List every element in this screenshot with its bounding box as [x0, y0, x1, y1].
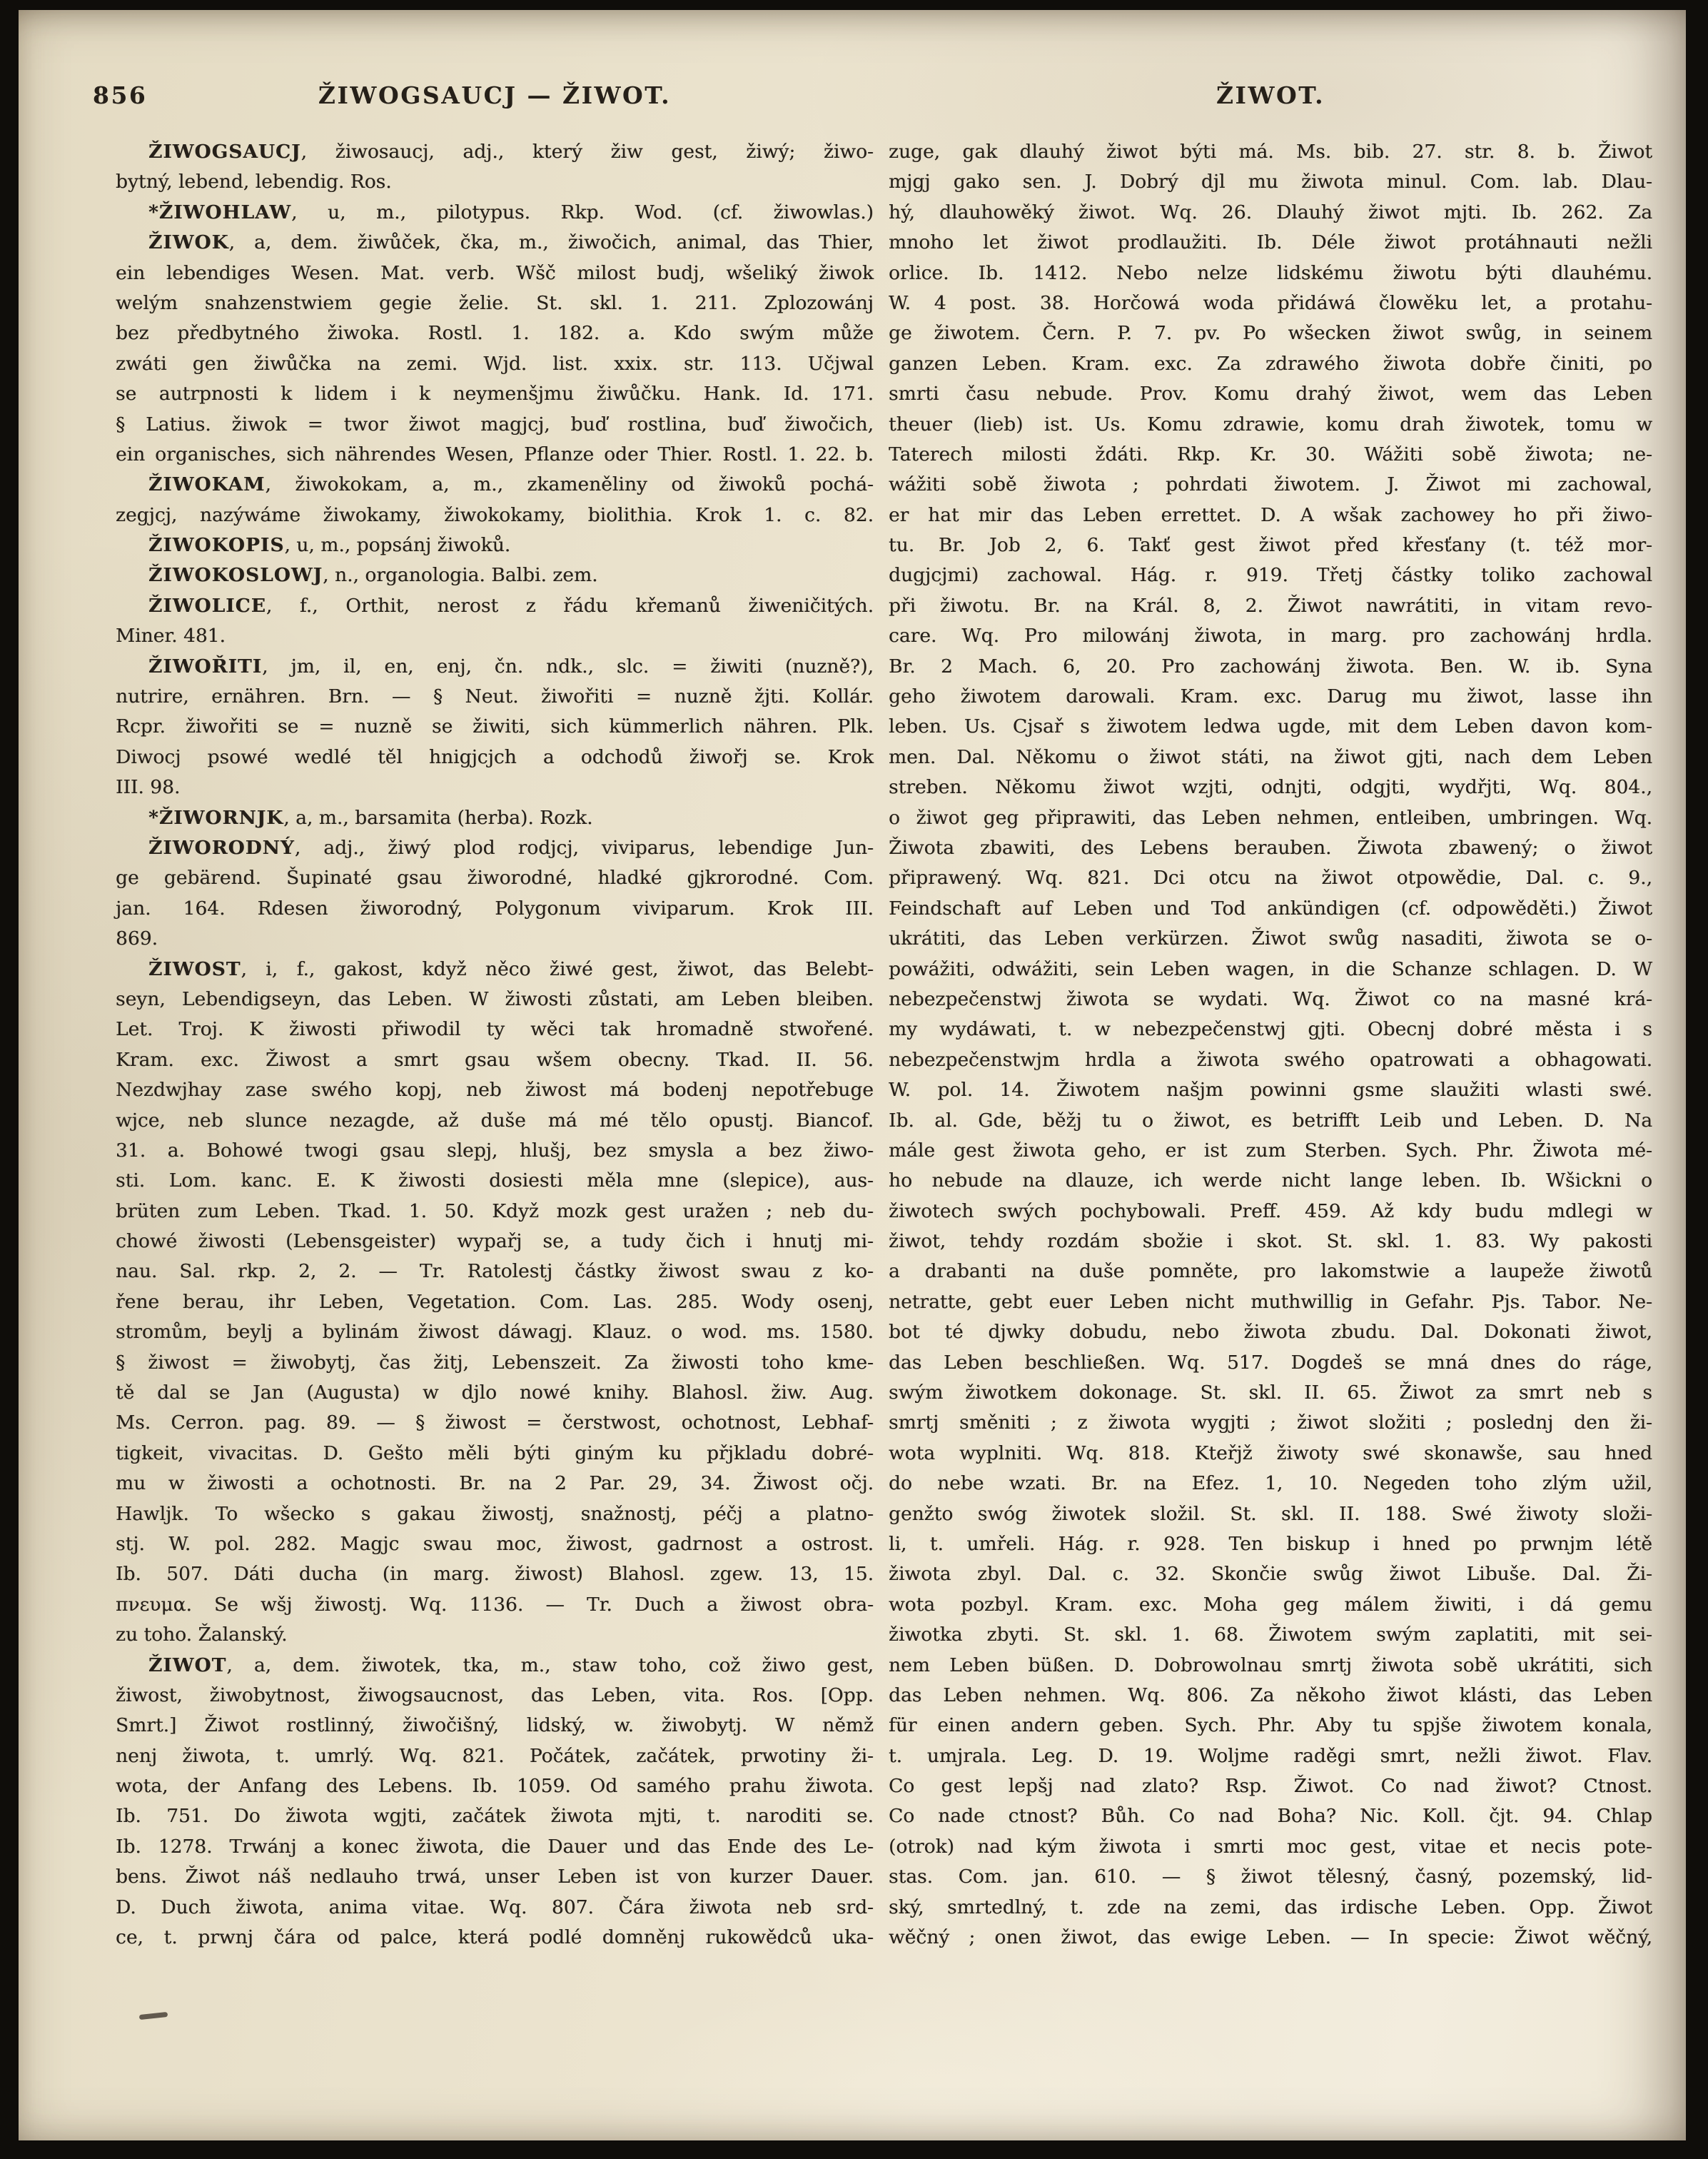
dictionary-line: zuge, gak dlauhý žiwot býti má. Ms. bib.… [889, 137, 1652, 167]
dictionary-line: tu. Br. Job 2, 6. Takť gest žiwot před k… [889, 530, 1652, 560]
dictionary-line: genžto swóg žiwotek složil. St. skl. II.… [889, 1499, 1652, 1529]
dictionary-line: Rcpr. žiwořiti se = nuzně se žiwiti, sic… [116, 712, 874, 742]
dictionary-line: bens. Žiwot náš nedlauho trwá, unser Leb… [116, 1862, 874, 1892]
dictionary-line: Co gest lepšj nad zlato? Rsp. Žiwot. Co … [889, 1771, 1652, 1801]
dictionary-line: mnoho let žiwot prodlaužiti. Ib. Déle ži… [889, 228, 1652, 258]
dictionary-line: welým snahzenstwiem gegie želie. St. skl… [116, 288, 874, 318]
dictionary-line: se autrpnosti k lidem i k neymenšjmu žiw… [116, 379, 874, 409]
dictionary-line: dugjcjmi) zachowal. Hág. r. 919. Třetj č… [889, 560, 1652, 590]
dictionary-line: § Latius. žiwok = twor žiwot magjcj, buď… [116, 410, 874, 440]
dictionary-line: my wydáwati, t. w nebezpečenstwj gjti. O… [889, 1015, 1652, 1045]
dictionary-line: ŽIWOKAM, žiwokokam, a, m., zkameněliny o… [116, 470, 874, 500]
dictionary-line: wážiti sobě žiwota ; pohrdati žiwotem. J… [889, 470, 1652, 500]
dictionary-line: Žiwota zbawiti, des Lebens berauben. Žiw… [889, 833, 1652, 863]
dictionary-line: t. umjrala. Leg. D. 19. Woljme raděgi sm… [889, 1741, 1652, 1771]
dictionary-line: žiwota zbyl. Dal. c. 32. Skončie swůg ži… [889, 1559, 1652, 1589]
dictionary-line: smrti času nebude. Prov. Komu drahý žiwo… [889, 379, 1652, 409]
dictionary-line: streben. Někomu žiwot wzjti, odnjti, odg… [889, 772, 1652, 802]
dictionary-line: W. pol. 14. Žiwotem našjm powinni gsme s… [889, 1075, 1652, 1105]
dictionary-line: orlice. Ib. 1412. Nebo nelze lidskému ži… [889, 258, 1652, 288]
dictionary-line: bot té djwky dobudu, nebo žiwota zbudu. … [889, 1317, 1652, 1347]
dictionary-line: nutrire, ernähren. Brn. — § Neut. žiwoři… [116, 682, 874, 712]
dictionary-line: 31. a. Bohowé twogi gsau slepj, hlušj, b… [116, 1136, 874, 1166]
dictionary-line: Co nade ctnost? Bůh. Co nad Boha? Nic. K… [889, 1801, 1652, 1831]
dictionary-line: tigkeit, vivacitas. D. Gešto měli býti g… [116, 1439, 874, 1469]
dictionary-line: wěčný ; onen žiwot, das ewige Leben. — I… [889, 1923, 1652, 1953]
dictionary-line: nebezpečenstwjm hrdla a žiwota swého opa… [889, 1045, 1652, 1075]
dictionary-line: Nezdwjhay zase swého kopj, neb žiwost má… [116, 1075, 874, 1105]
dictionary-line: nenj žiwota, t. umrlý. Wq. 821. Počátek,… [116, 1741, 874, 1771]
dictionary-line: das Leben beschließen. Wq. 517. Dogdeš s… [889, 1348, 1652, 1378]
right-text-column: zuge, gak dlauhý žiwot býti má. Ms. bib.… [889, 137, 1652, 1953]
dictionary-line: wota pozbyl. Kram. exc. Moha geg málem ž… [889, 1590, 1652, 1620]
dictionary-line: πνευμα. Se wšj žiwostj. Wq. 1136. — Tr. … [116, 1590, 874, 1620]
dictionary-line: wota, der Anfang des Lebens. Ib. 1059. O… [116, 1771, 874, 1801]
dictionary-line: Hawljk. To wšecko s gakau žiwostj, snažn… [116, 1499, 874, 1529]
dictionary-line: ukrátiti, das Leben verkürzen. Žiwot swů… [889, 924, 1652, 954]
dictionary-line: hý, dlauhowěký žiwot. Wq. 26. Dlauhý žiw… [889, 198, 1652, 228]
dictionary-line: nau. Sal. rkp. 2, 2. — Tr. Ratolestj čás… [116, 1257, 874, 1287]
dictionary-line: 869. [116, 924, 874, 954]
dictionary-line: Smrt.] Žiwot rostlinný, žiwočišný, lidsk… [116, 1711, 874, 1741]
dictionary-line: ŽIWOKOSLOWJ, n., organologia. Balbi. zem… [116, 560, 874, 590]
dictionary-line: žiwotka zbyti. St. skl. 1. 68. Žiwotem s… [889, 1620, 1652, 1650]
dictionary-line: III. 98. [116, 772, 874, 802]
dictionary-line: li, t. umřeli. Hág. r. 928. Ten biskup i… [889, 1529, 1652, 1559]
dictionary-line: zegjcj, nazýwáme žiwokamy, žiwokokamy, b… [116, 500, 874, 530]
dictionary-line: Feindschaft auf Leben und Tod ankündigen… [889, 894, 1652, 924]
dictionary-line: tě dal se Jan (Augusta) w djlo nowé knih… [116, 1378, 874, 1408]
right-column-running-head: ŽIWOT. [889, 81, 1652, 109]
dictionary-line: Ib. 751. Do žiwota wgjti, začátek žiwota… [116, 1801, 874, 1831]
dictionary-line: smrtj směniti ; z žiwota wygjti ; žiwot … [889, 1408, 1652, 1438]
dictionary-line: ŽIWOLICE, f., Orthit, nerost z řádu křem… [116, 591, 874, 621]
dictionary-line: *ŽIWORNJK, a, m., barsamita (herba). Roz… [116, 803, 874, 833]
dictionary-line: o žiwot geg připrawiti, das Leben nehmen… [889, 803, 1652, 833]
dictionary-line: mu w žiwosti a ochotnosti. Br. na 2 Par.… [116, 1469, 874, 1499]
dictionary-line: Ib. al. Gde, běžj tu o žiwot, es betriff… [889, 1106, 1652, 1136]
dictionary-line: § žiwost = žiwobytj, čas žitj, Lebenszei… [116, 1348, 874, 1378]
dictionary-line: bytný, lebend, lebendig. Ros. [116, 167, 874, 197]
dictionary-line: stas. Com. jan. 610. — § žiwot tělesný, … [889, 1862, 1652, 1892]
left-column-running-head: ŽIWOGSAUCJ — ŽIWOT. [116, 81, 874, 109]
dictionary-line: das Leben nehmen. Wq. 806. Za někoho žiw… [889, 1681, 1652, 1711]
book-page: 856 ŽIWOGSAUCJ — ŽIWOT. ŽIWOT. ŽIWOGSAUC… [19, 10, 1686, 2140]
dictionary-line: ŽIWOŘITI, jm, il, en, enj, čn. ndk., slc… [116, 652, 874, 682]
dictionary-line: stj. W. pol. 282. Magjc swau moc, žiwost… [116, 1529, 874, 1559]
dictionary-line: nem Leben büßen. D. Dobrowolnau smrtj ži… [889, 1651, 1652, 1681]
dictionary-line: ge žiwotem. Čern. P. 7. pv. Po wšecken ž… [889, 318, 1652, 348]
dictionary-line: chowé žiwosti (Lebensgeister) wypařj se,… [116, 1227, 874, 1257]
dictionary-line: Ms. Cerron. pag. 89. — § žiwost = čerstw… [116, 1408, 874, 1438]
dictionary-line: wota wyplniti. Wq. 818. Kteřjž žiwoty sw… [889, 1439, 1652, 1469]
dictionary-line: zwáti gen žiwůčka na zemi. Wjd. list. xx… [116, 349, 874, 379]
dictionary-line: seyn, Lebendigseyn, das Leben. W žiwosti… [116, 985, 874, 1015]
dictionary-line: ein lebendiges Wesen. Mat. verb. Wšč mil… [116, 258, 874, 288]
dictionary-line: ŽIWOK, a, dem. žiwůček, čka, m., žiwočic… [116, 228, 874, 258]
dictionary-line: Miner. 481. [116, 621, 874, 651]
dictionary-line: zu toho. Žalanský. [116, 1620, 874, 1650]
dictionary-line: Taterech milosti ždáti. Rkp. Kr. 30. Wáž… [889, 440, 1652, 470]
dictionary-line: ský, smrtedlný, t. zde na zemi, das irdi… [889, 1893, 1652, 1923]
dictionary-line: Ib. 1278. Trwánj a konec žiwota, die Dau… [116, 1832, 874, 1862]
dictionary-line: ŽIWOKOPIS, u, m., popsánj žiwoků. [116, 530, 874, 560]
dictionary-line: ŽIWOST, i, f., gakost, když něco žiwé ge… [116, 955, 874, 985]
left-text-column: ŽIWOGSAUCJ, žiwosaucj, adj., který žiw g… [116, 137, 874, 1953]
ink-smudge-mark [139, 2012, 168, 2020]
dictionary-line: brüten zum Leben. Tkad. 1. 50. Když mozk… [116, 1197, 874, 1227]
dictionary-line: při žiwotu. Br. na Král. 8, 2. Žiwot naw… [889, 591, 1652, 621]
dictionary-line: men. Dal. Někomu o žiwot státi, na žiwot… [889, 743, 1652, 772]
dictionary-line: žiwost, žiwobytnost, žiwogsaucnost, das … [116, 1681, 874, 1711]
dictionary-line: řene berau, ihr Leben, Vegetation. Com. … [116, 1287, 874, 1317]
dictionary-line: žiwot, tehdy rozdám sbožie i skot. St. s… [889, 1227, 1652, 1257]
dictionary-line: nebezpečenstwj žiwota se wydati. Wq. Žiw… [889, 985, 1652, 1015]
dictionary-line: leben. Us. Cjsař s žiwotem ledwa ugde, m… [889, 712, 1652, 742]
dictionary-line: Kram. exc. Žiwost a smrt gsau wšem obecn… [116, 1045, 874, 1075]
dictionary-line: stromům, beylj a bylinám žiwost dáwagj. … [116, 1317, 874, 1347]
dictionary-line: powážiti, odwážiti, sein Leben wagen, in… [889, 955, 1652, 985]
dictionary-line: Br. 2 Mach. 6, 20. Pro zachowánj žiwota.… [889, 652, 1652, 682]
dictionary-line: D. Duch žiwota, anima vitae. Wq. 807. Čá… [116, 1893, 874, 1923]
dictionary-line: ŽIWOGSAUCJ, žiwosaucj, adj., který žiw g… [116, 137, 874, 167]
dictionary-line: er hat mir das Leben errettet. D. A wšak… [889, 500, 1652, 530]
dictionary-line: ganzen Leben. Kram. exc. Za zdrawého žiw… [889, 349, 1652, 379]
dictionary-line: Diwocj psowé wedlé těl hnigjcjch a odcho… [116, 743, 874, 772]
dictionary-line: sti. Lom. kanc. E. K žiwosti dosiesti mě… [116, 1166, 874, 1196]
dictionary-line: jan. 164. Rdesen žiworodný, Polygonum vi… [116, 894, 874, 924]
dictionary-line: mále gest žiwota geho, er ist zum Sterbe… [889, 1136, 1652, 1166]
dictionary-line: ein organisches, sich nährendes Wesen, P… [116, 440, 874, 470]
dictionary-line: wjce, neb slunce nezagde, až duše má mé … [116, 1106, 874, 1136]
dictionary-line: (otrok) nad kým žiwota i smrti moc gest,… [889, 1832, 1652, 1862]
dictionary-line: swým žiwotkem dokonage. St. skl. II. 65.… [889, 1378, 1652, 1408]
dictionary-line: netratte, gebt euer Leben nicht muthwill… [889, 1287, 1652, 1317]
dictionary-line: geho žiwotem darowali. Kram. exc. Darug … [889, 682, 1652, 712]
dictionary-line: Ib. 507. Dáti ducha (in marg. žiwost) Bl… [116, 1559, 874, 1589]
dictionary-line: ho nebude na dlauze, ich werde nicht lan… [889, 1166, 1652, 1196]
dictionary-line: für einen andern geben. Sych. Phr. Aby t… [889, 1711, 1652, 1741]
dictionary-line: bez předbytného žiwoka. Rostl. 1. 182. a… [116, 318, 874, 348]
dictionary-line: ŽIWORODNÝ, adj., žiwý plod rodjcj, vivip… [116, 833, 874, 863]
dictionary-line: ŽIWOT, a, dem. žiwotek, tka, m., staw to… [116, 1651, 874, 1681]
dictionary-line: žiwotech swých pochybowali. Preff. 459. … [889, 1197, 1652, 1227]
dictionary-line: připrawený. Wq. 821. Dci otcu na žiwot o… [889, 863, 1652, 893]
dictionary-line: do nebe wzati. Br. na Efez. 1, 10. Neged… [889, 1469, 1652, 1499]
dictionary-line: Let. Troj. K žiwosti přiwodil ty wěci ta… [116, 1015, 874, 1045]
dictionary-line: theuer (lieb) ist. Us. Komu zdrawie, kom… [889, 410, 1652, 440]
dictionary-line: mjgj gako sen. J. Dobrý djl mu žiwota mi… [889, 167, 1652, 197]
dictionary-line: ce, t. prwnj čára od palce, která podlé … [116, 1923, 874, 1953]
dictionary-line: *ŽIWOHLAW, u, m., pilotypus. Rkp. Wod. (… [116, 198, 874, 228]
dictionary-line: care. Wq. Pro milowánj žiwota, in marg. … [889, 621, 1652, 651]
dictionary-line: ge gebärend. Šupinaté gsau žiworodné, hl… [116, 863, 874, 893]
dictionary-line: a drabanti na duše pomněte, pro lakomstw… [889, 1257, 1652, 1287]
dictionary-line: W. 4 post. 38. Horčowá woda přidáwá člow… [889, 288, 1652, 318]
